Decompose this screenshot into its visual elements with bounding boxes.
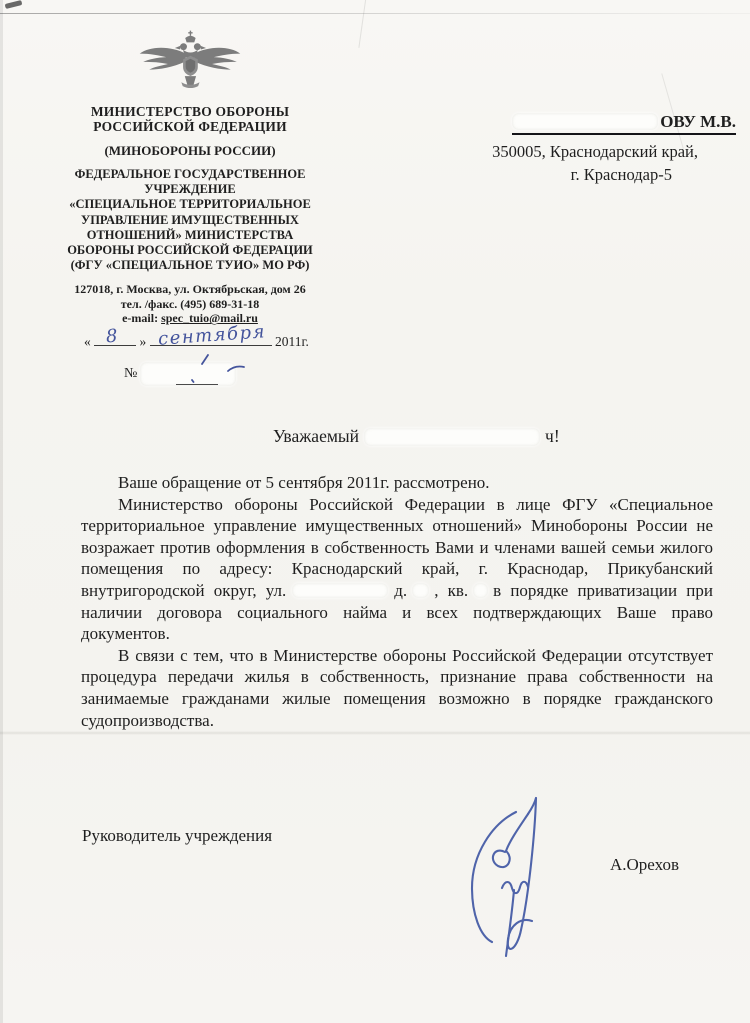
org-name-line: ОБОРОНЫ РОССИЙСКОЙ ФЕДЕРАЦИИ: [30, 243, 350, 258]
signature-icon: [462, 790, 554, 962]
scan-edge-line: [0, 13, 750, 14]
scan-edge-shadow: [0, 0, 3, 1023]
org-name-line: ФЕДЕРАЛЬНОЕ ГОСУДАРСТВЕННОЕ: [30, 167, 350, 182]
recipient-block: ОВУ М.В. 350005, Краснодарский край, г. …: [408, 112, 738, 185]
salutation-line: Уважаемыйч!: [273, 426, 560, 447]
org-name-line: (ФГУ «СПЕЦИАЛЬНОЕ ТУИО» МО РФ): [30, 258, 350, 273]
org-name-line: УЧРЕЖДЕНИЕ: [30, 182, 350, 197]
date-year: 2011г.: [275, 334, 309, 349]
letter-date-row: « 8 » сентября 2011г.: [84, 334, 309, 350]
number-label: №: [124, 366, 137, 381]
letter-number-row: №: [124, 366, 137, 382]
recipient-address-line: 350005, Краснодарский край,: [408, 142, 738, 162]
sender-contacts: 127018, г. Москва, ул. Октябрьская, дом …: [30, 282, 350, 326]
recipient-name: ОВУ М.В.: [660, 112, 736, 131]
salutation-suffix: ч!: [545, 426, 560, 446]
paper-crease: [358, 0, 366, 48]
ministry-name-line: РОССИЙСКОЙ ФЕДЕРАЦИИ: [30, 119, 350, 134]
letter-body: Ваше обращение от 5 сентября 2011г. расс…: [81, 472, 713, 731]
paragraph-2-text: д.: [394, 581, 407, 600]
paper-crease: [0, 731, 750, 735]
paragraph-2-text: , кв.: [434, 581, 468, 600]
recipient-address-line: г. Краснодар-5: [408, 165, 738, 185]
handwritten-day: 8: [105, 326, 118, 348]
signer-position-title: Руководитель учреждения: [82, 826, 272, 846]
org-name-line: ОТНОШЕНИЙ» МИНИСТЕРСТВА: [30, 228, 350, 243]
redacted-apartment-whiteout: [473, 583, 488, 598]
date-open-quote: «: [84, 334, 91, 349]
org-name-line: УПРАВЛЕНИЕ ИМУЩЕСТВЕННЫХ: [30, 213, 350, 228]
signer-name: А.Орехов: [610, 855, 679, 875]
date-close-quote: »: [140, 334, 147, 349]
redacted-street-whiteout: [292, 583, 388, 598]
date-day-blank: 8: [94, 345, 136, 346]
recipient-name-line: ОВУ М.В.: [408, 112, 738, 135]
mod-eagle-emblem-icon: [30, 30, 350, 104]
sender-email-line: e-mail: spec_tuio@mail.ru: [30, 311, 350, 326]
email-label: e-mail:: [122, 311, 161, 325]
org-name-line: «СПЕЦИАЛЬНОЕ ТЕРРИТОРИАЛЬНОЕ: [30, 197, 350, 212]
ministry-name-line: МИНИСТЕРСТВО ОБОРОНЫ: [30, 104, 350, 119]
redacted-name-whiteout: [512, 113, 658, 130]
paragraph-1: Ваше обращение от 5 сентября 2011г. расс…: [81, 472, 713, 494]
sender-letterhead: МИНИСТЕРСТВО ОБОРОНЫ РОССИЙСКОЙ ФЕДЕРАЦИ…: [30, 30, 350, 326]
salutation-prefix: Уважаемый: [273, 426, 359, 446]
scanned-letter-page: МИНИСТЕРСТВО ОБОРОНЫ РОССИЙСКОЙ ФЕДЕРАЦИ…: [0, 0, 750, 1023]
ministry-short-name: (МИНОБОРОНЫ РОССИИ): [30, 143, 350, 158]
redacted-house-whiteout: [412, 583, 429, 598]
paragraph-3: В связи с тем, что в Министерстве оборон…: [81, 645, 713, 731]
paragraph-2: Министерство обороны Российской Федераци…: [81, 494, 713, 645]
redacted-addressee-whiteout: [364, 428, 540, 446]
pen-stroke-remnants: [140, 354, 250, 388]
organization-name: ФЕДЕРАЛЬНОЕ ГОСУДАРСТВЕННОЕ УЧРЕЖДЕНИЕ «…: [30, 167, 350, 273]
sender-phone: тел. /факс. (495) 689-31-18: [30, 297, 350, 312]
scan-corner-smudge: [5, 0, 23, 9]
date-month-blank: сентября: [150, 345, 272, 346]
sender-postal-address: 127018, г. Москва, ул. Октябрьская, дом …: [30, 282, 350, 297]
recipient-name-underlined: ОВУ М.В.: [512, 112, 736, 135]
